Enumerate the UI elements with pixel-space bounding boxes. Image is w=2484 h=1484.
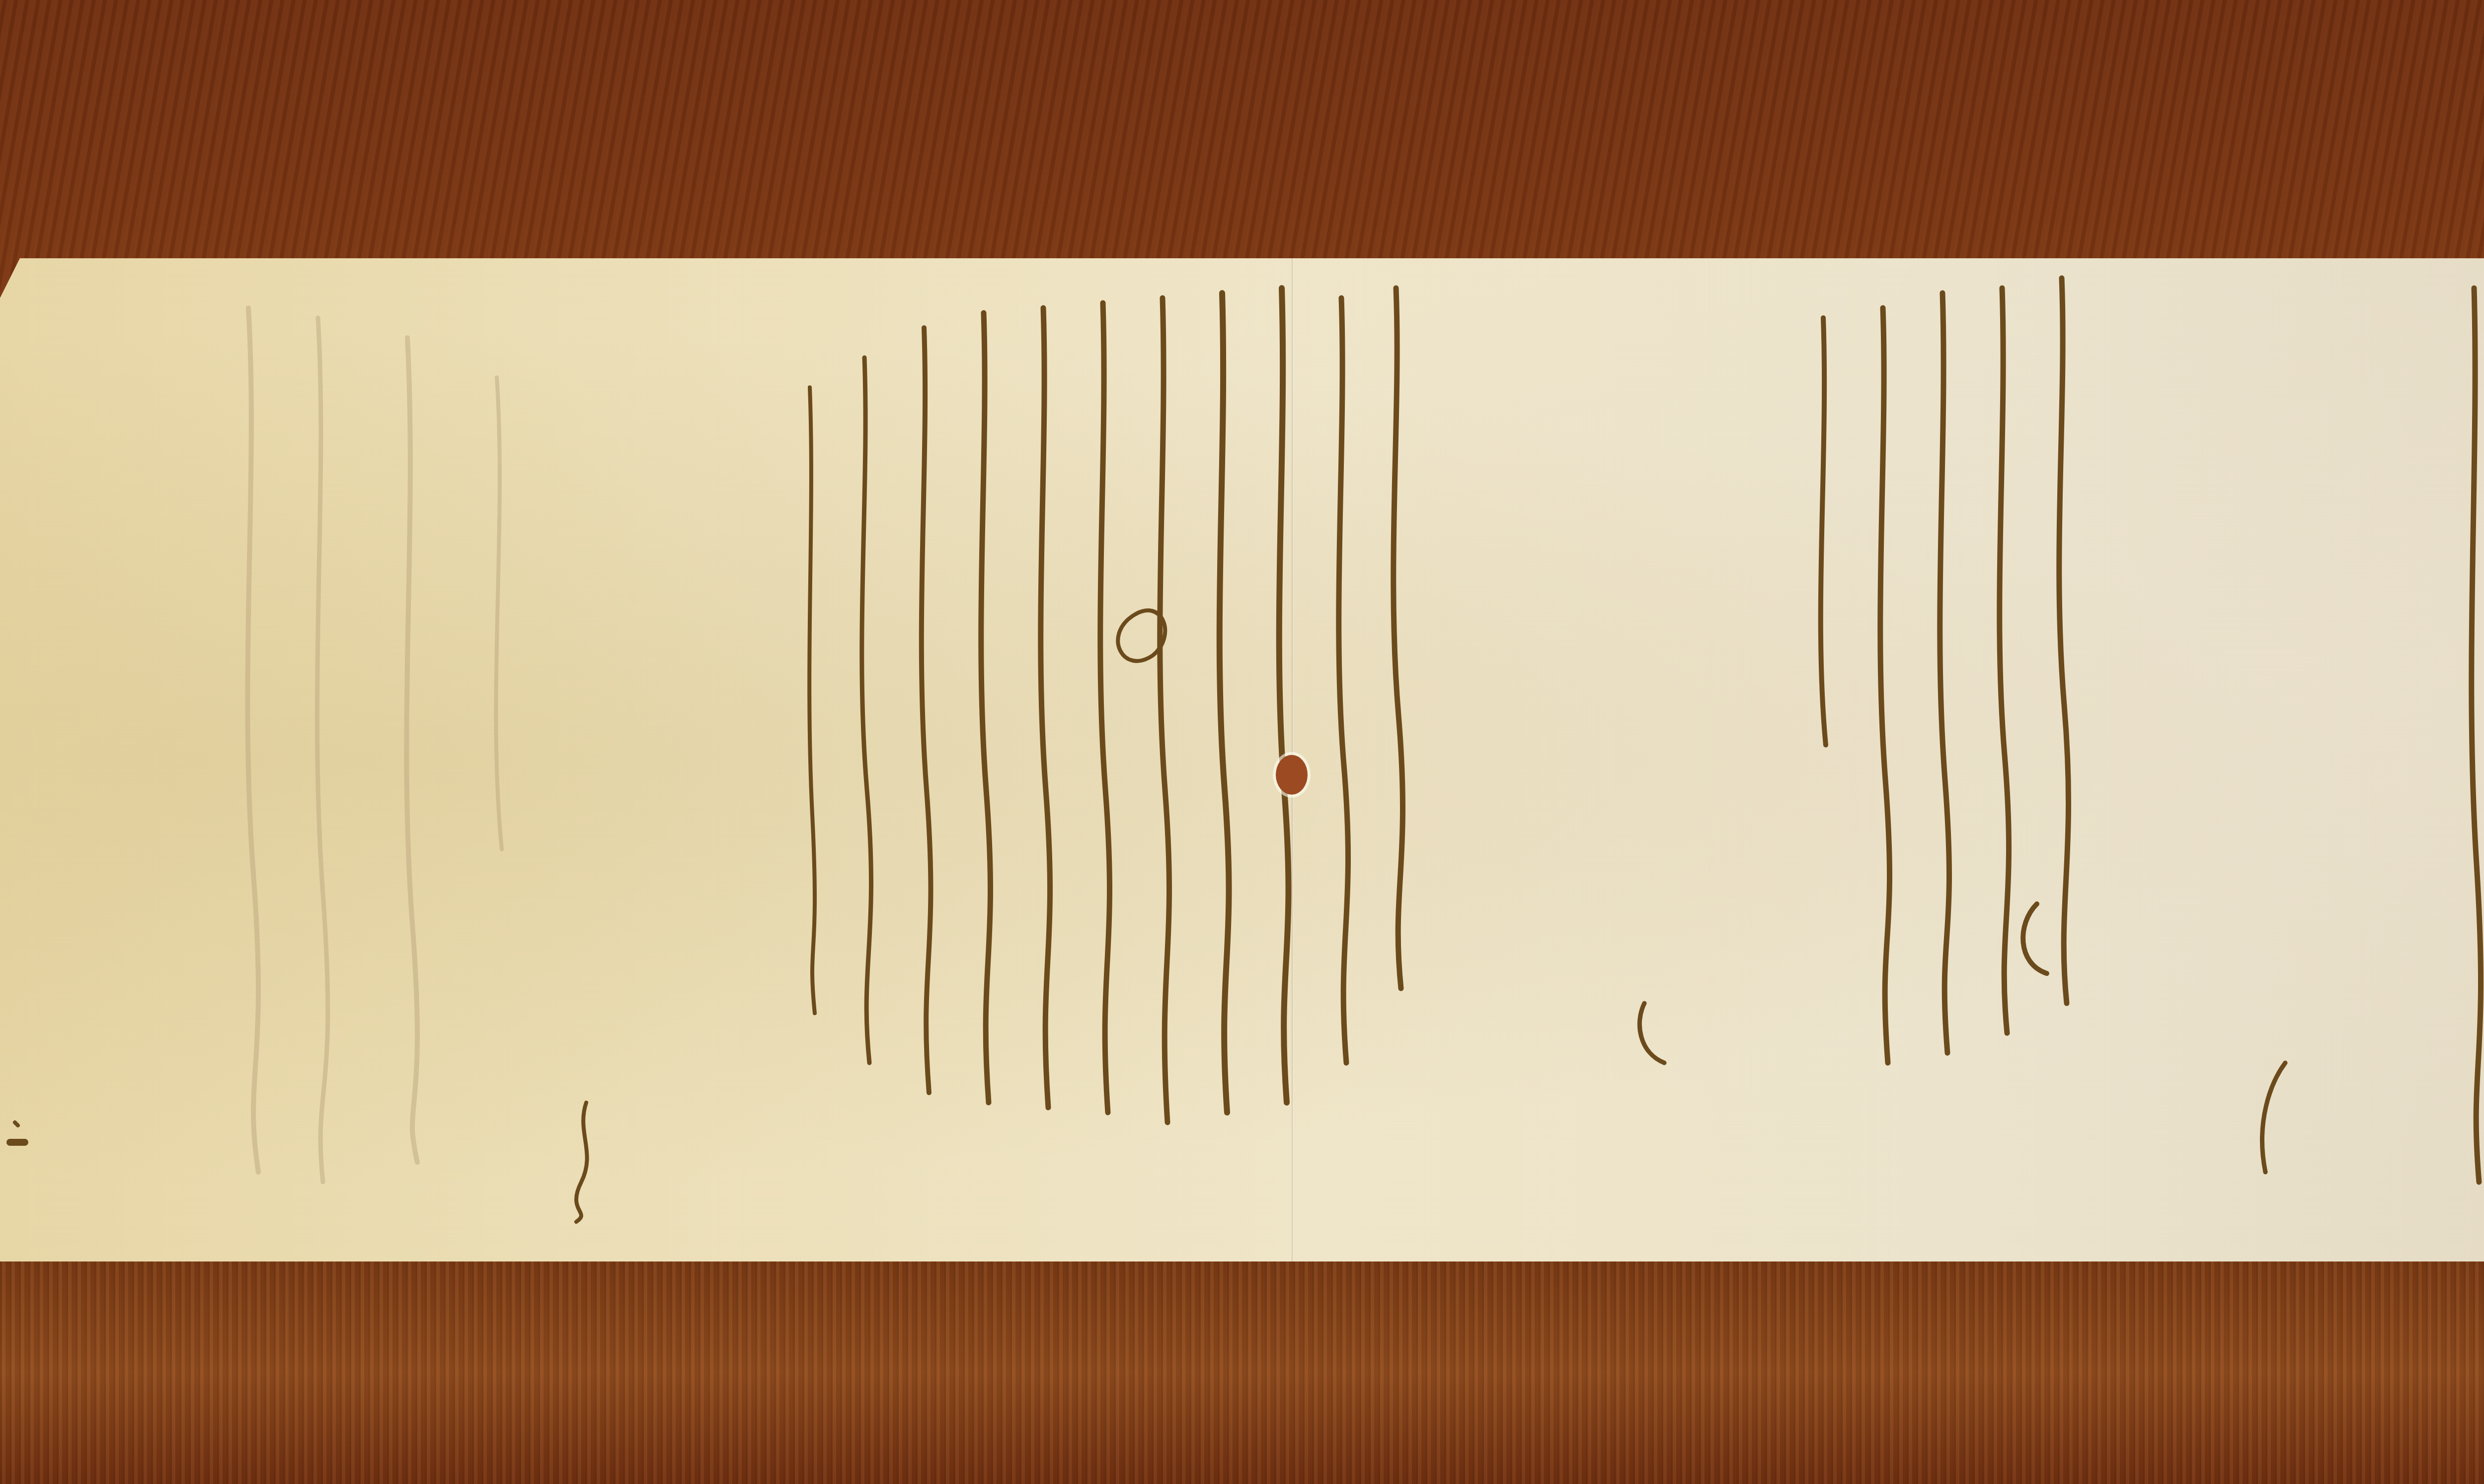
ink-mark-signature: [546, 1093, 626, 1232]
wooden-table-grain: [0, 1261, 2484, 1484]
middle-text-block: [1615, 258, 2136, 1202]
ink-mark-left-edge: [0, 1113, 40, 1172]
faded-bleedthrough-writing: [189, 278, 636, 1222]
paper-hole: [1276, 755, 1308, 795]
right-text-block: [2186, 248, 2484, 1242]
main-text-block: [785, 268, 1431, 1162]
